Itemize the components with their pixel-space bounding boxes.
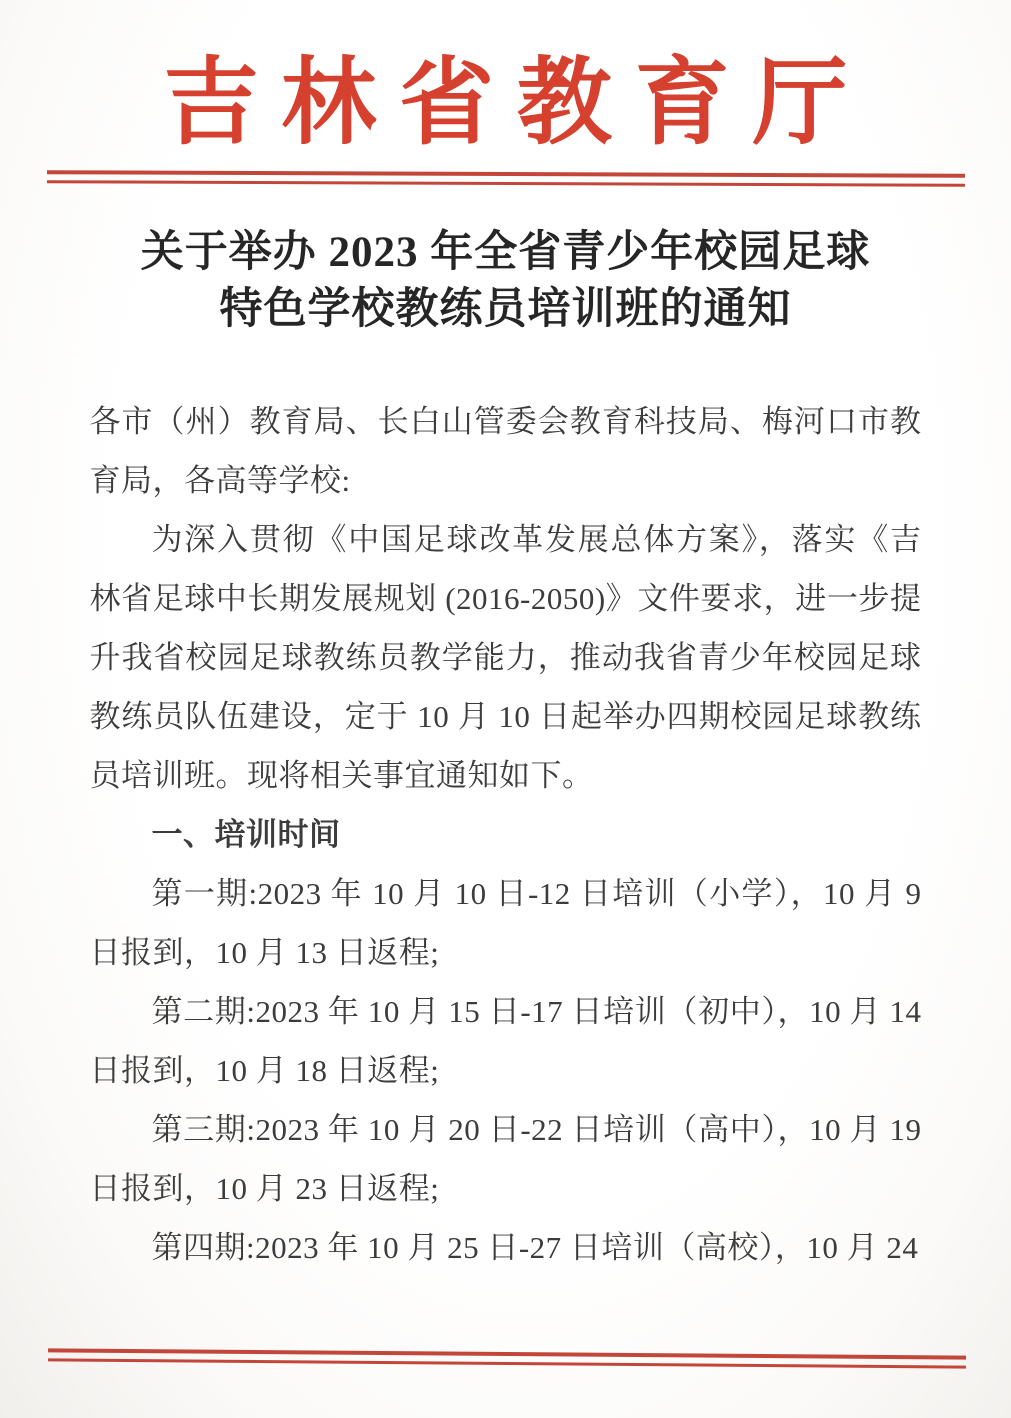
footer-double-rule bbox=[48, 1348, 966, 1368]
section-heading-training-time: 一、培训时间 bbox=[90, 805, 922, 864]
session-3-paragraph: 第三期:2023 年 10 月 20 日-22 日培训（高中），10 月 19 … bbox=[90, 1100, 922, 1218]
document-page: 吉林省教育厅 关于举办 2023 年全省青少年校园足球 特色学校教练员培训班的通… bbox=[0, 0, 1011, 1418]
document-title: 关于举办 2023 年全省青少年校园足球 特色学校教练员培训班的通知 bbox=[0, 225, 1011, 339]
session-4-paragraph: 第四期:2023 年 10 月 25 日-27 日培训（高校），10 月 24 bbox=[90, 1218, 922, 1277]
header-rule-line-1 bbox=[47, 170, 965, 178]
salutation-paragraph: 各市（州）教育局、长白山管委会教育科技局、梅河口市教育局，各高等学校: bbox=[90, 392, 922, 510]
document-title-line-2: 特色学校教练员培训班的通知 bbox=[0, 282, 1011, 339]
session-2-paragraph: 第二期:2023 年 10 月 15 日-17 日培训（初中），10 月 14 … bbox=[90, 982, 922, 1100]
document-title-line-1: 关于举办 2023 年全省青少年校园足球 bbox=[0, 225, 1011, 282]
letterhead-agency-name: 吉林省教育厅 bbox=[0, 46, 1011, 162]
intro-paragraph: 为深入贯彻《中国足球改革发展总体方案》，落实《吉林省足球中长期发展规划 (201… bbox=[90, 510, 922, 805]
document-body: 各市（州）教育局、长白山管委会教育科技局、梅河口市教育局，各高等学校: 为深入贯… bbox=[90, 392, 922, 1277]
session-1-paragraph: 第一期:2023 年 10 月 10 日-12 日培训（小学），10 月 9 日… bbox=[90, 864, 922, 982]
header-rule-line-2 bbox=[46, 180, 964, 187]
footer-rule-line-1 bbox=[48, 1348, 966, 1359]
header-double-rule bbox=[46, 170, 964, 187]
footer-rule-line-2 bbox=[48, 1358, 966, 1368]
